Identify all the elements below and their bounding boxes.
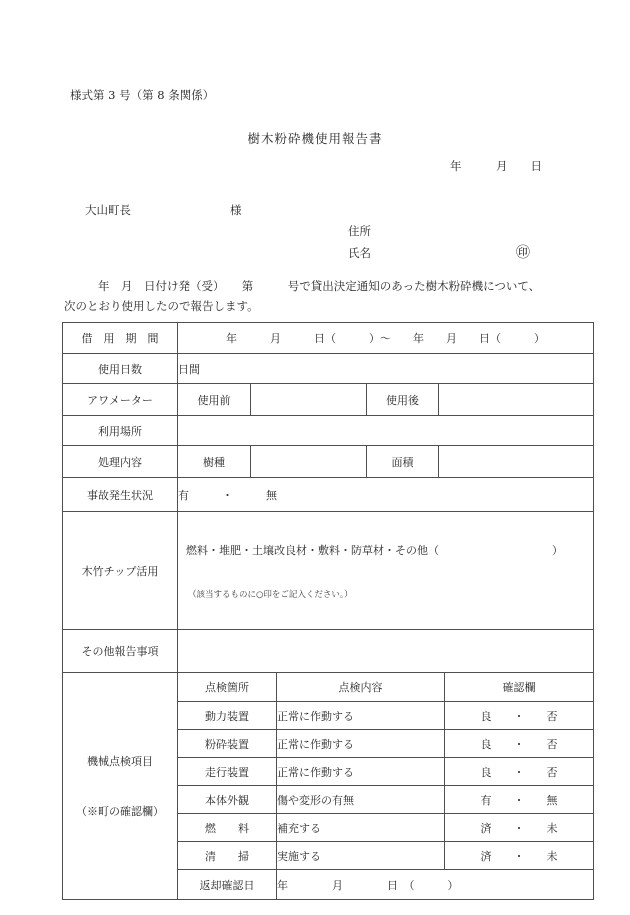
usage-report-table: 借 用 期 間 年 月 日（ ）～ 年 月 日（ ） 使用日数 日間 アワメータ…: [62, 322, 594, 900]
table-row: 借 用 期 間 年 月 日（ ）～ 年 月 日（ ）: [63, 323, 594, 354]
return-date-label: 返却確認日: [178, 870, 277, 900]
label-days-used: 使用日数: [63, 354, 178, 384]
inspection-check: 良 ・ 否: [445, 730, 594, 758]
document-page: 様式第 3 号（第 8 条関係） 樹木粉砕機使用報告書 年 月 日 大山町長 様…: [0, 0, 630, 915]
inspection-header-row: 機械点検項目 （※町の確認欄） 点検箇所 点検内容 確認欄: [63, 673, 594, 702]
label-hour-meter: アワメーター: [63, 384, 178, 416]
table-row: その他報告事項: [63, 630, 594, 673]
inspection-check: 済 ・ 未: [445, 814, 594, 842]
inspection-check: 済 ・ 未: [445, 842, 594, 870]
seal-mark-icon: ㊞: [516, 246, 530, 260]
inspection-header-check: 確認欄: [445, 673, 594, 702]
inspection-content: 補充する: [277, 814, 445, 842]
label-accident-status: 事故発生状況: [63, 478, 178, 512]
inspection-part: 走行装置: [178, 758, 277, 786]
label-rental-period: 借 用 期 間: [63, 323, 178, 354]
table-row: アワメーター 使用前 使用後: [63, 384, 594, 416]
days-used-value: 日間: [178, 354, 594, 384]
tree-species-label: 樹種: [178, 446, 251, 478]
inspection-part: 粉砕装置: [178, 730, 277, 758]
area-label: 面積: [367, 446, 439, 478]
intro-line-1: 年 月 日付け発（受） 第 号で貸出決定通知のあった樹木粉砕機について、: [98, 281, 540, 293]
tree-species-value: [251, 446, 367, 478]
label-usage-location: 利用場所: [63, 416, 178, 446]
inspection-content: 実施する: [277, 842, 445, 870]
inspection-content: 正常に作動する: [277, 702, 445, 730]
chip-utilization-options: 燃料・堆肥・土壌改良材・敷料・防草材・その他（: [186, 542, 439, 558]
table-row: 利用場所: [63, 416, 594, 446]
table-row: 処理内容 樹種 面積: [63, 446, 594, 478]
address-label: 住所: [348, 226, 371, 238]
chip-utilization-close-paren: ）: [552, 542, 563, 558]
chip-utilization-note: （該当するものに○印をご記入ください。）: [186, 588, 593, 600]
hour-meter-after-label: 使用後: [367, 384, 439, 416]
addressee: 大山町長: [85, 205, 131, 217]
inspection-content: 正常に作動する: [277, 730, 445, 758]
inspection-part: 燃 料: [178, 814, 277, 842]
inspection-check: 有 ・ 無: [445, 786, 594, 814]
inspection-header-content: 点検内容: [277, 673, 445, 702]
label-chip-utilization: 木竹チップ活用: [63, 512, 178, 630]
machine-inspection-label-line2: （※町の確認欄）: [63, 803, 177, 819]
inspection-header-part: 点検箇所: [178, 673, 277, 702]
table-row: 使用日数 日間: [63, 354, 594, 384]
label-processing-detail: 処理内容: [63, 446, 178, 478]
name-label: 氏名: [348, 248, 371, 260]
form-number: 様式第 3 号（第 8 条関係）: [70, 90, 214, 102]
hour-meter-before-label: 使用前: [178, 384, 251, 416]
hour-meter-before-value: [251, 384, 367, 416]
inspection-check: 良 ・ 否: [445, 758, 594, 786]
inspection-content: 正常に作動する: [277, 758, 445, 786]
rental-period-value: 年 月 日（ ）～ 年 月 日（ ）: [178, 323, 594, 354]
inspection-check: 良 ・ 否: [445, 702, 594, 730]
hour-meter-after-value: [439, 384, 594, 416]
document-title: 樹木粉砕機使用報告書: [0, 133, 630, 146]
intro-line-2: 次のとおり使用したので報告します。: [64, 301, 259, 313]
date-line: 年 月 日: [450, 161, 542, 173]
accident-status-value: 有 ・ 無: [178, 478, 594, 512]
other-report-items-value: [178, 630, 594, 673]
label-other-report-items: その他報告事項: [63, 630, 178, 673]
return-date-value: 年 月 日 （ ）: [277, 870, 594, 900]
label-machine-inspection: 機械点検項目 （※町の確認欄）: [63, 673, 178, 900]
table-row: 事故発生状況 有 ・ 無: [63, 478, 594, 512]
inspection-content: 傷や変形の有無: [277, 786, 445, 814]
usage-location-value: [178, 416, 594, 446]
table-row: 木竹チップ活用 燃料・堆肥・土壌改良材・敷料・防草材・その他（ ） （該当するも…: [63, 512, 594, 630]
area-value: [439, 446, 594, 478]
addressee-honorific: 様: [230, 205, 242, 217]
inspection-part: 清 掃: [178, 842, 277, 870]
machine-inspection-label-line1: 機械点検項目: [63, 753, 177, 769]
inspection-part: 動力装置: [178, 702, 277, 730]
inspection-part: 本体外観: [178, 786, 277, 814]
chip-utilization-cell: 燃料・堆肥・土壌改良材・敷料・防草材・その他（ ） （該当するものに○印をご記入…: [178, 512, 594, 630]
